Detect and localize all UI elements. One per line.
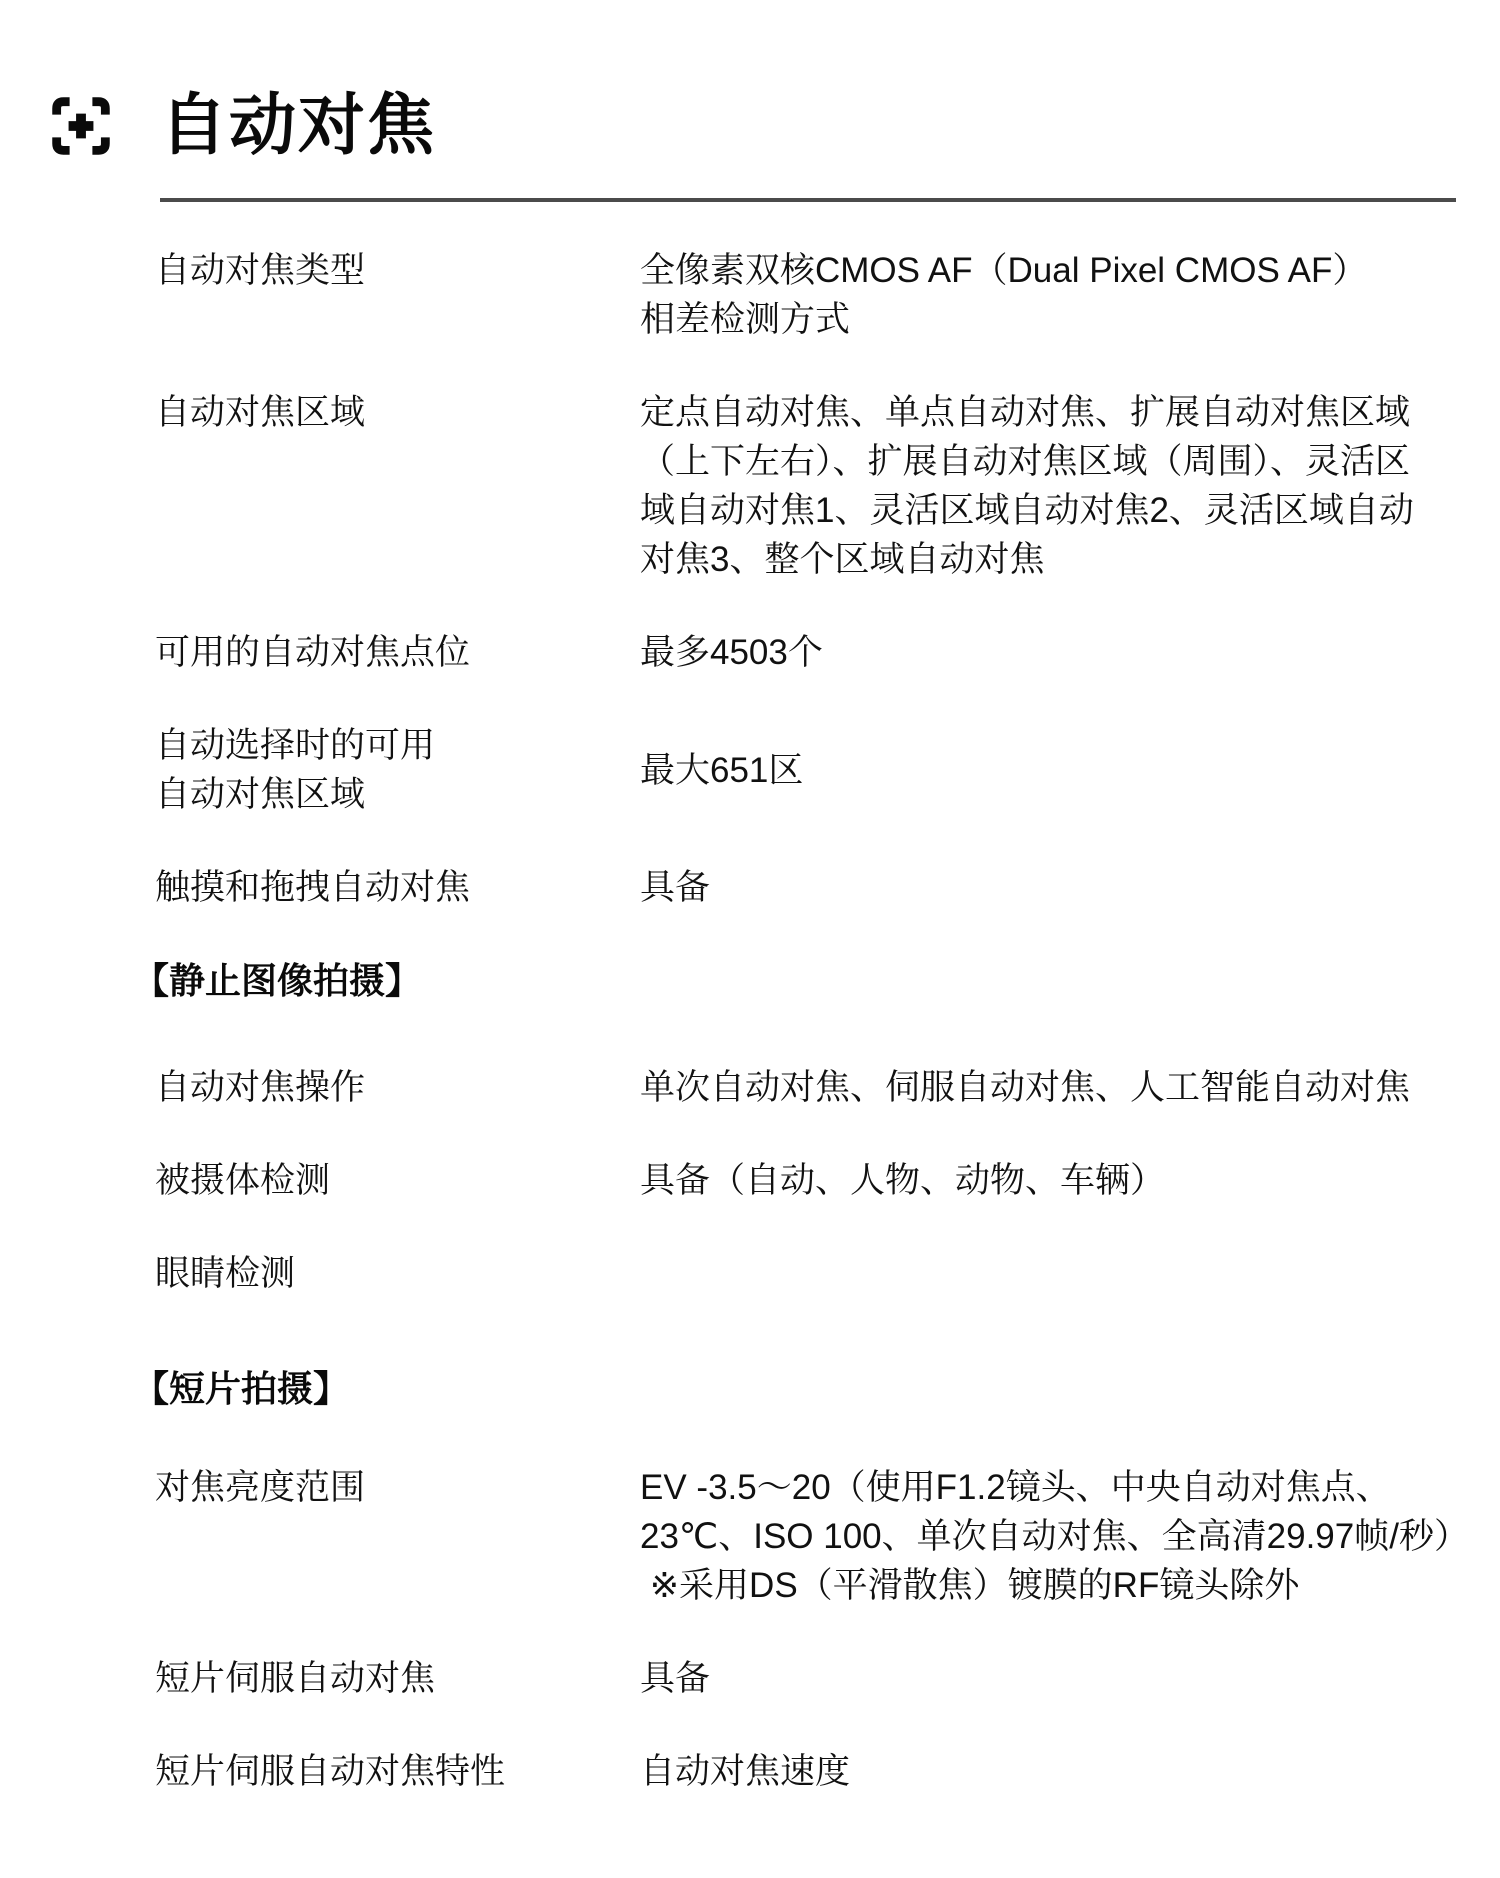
spec-label: 自动对焦类型	[133, 246, 640, 295]
spec-label: 被摄体检测	[133, 1156, 640, 1205]
section-header-still-image: 【静止图像拍摄】	[133, 956, 1500, 1005]
spec-table: 自动对焦类型 全像素双核CMOS AF（Dual Pixel CMOS AF） …	[0, 202, 1500, 1796]
spec-label: 可用的自动对焦点位	[133, 628, 640, 677]
spec-row-eye-detection: 眼睛检测	[133, 1249, 1500, 1298]
spec-value: 自动对焦速度	[640, 1747, 1500, 1796]
spec-value: 具备	[640, 863, 1500, 912]
spec-row-movie-servo-af: 短片伺服自动对焦 具备	[133, 1654, 1500, 1703]
spec-label: 自动选择时的可用 自动对焦区域	[133, 721, 640, 819]
spec-label: 眼睛检测	[133, 1249, 640, 1298]
section-header-movie: 【短片拍摄】	[133, 1364, 1500, 1413]
page-title: 自动对焦	[160, 86, 436, 166]
spec-label: 自动对焦区域	[133, 388, 640, 437]
spec-row-af-operation: 自动对焦操作 单次自动对焦、伺服自动对焦、人工智能自动对焦	[133, 1063, 1500, 1112]
spec-row-auto-select-zones: 自动选择时的可用 自动对焦区域 最大651区	[133, 721, 1500, 819]
spec-value: 具备（自动、人物、动物、车辆）	[640, 1156, 1500, 1205]
spec-row-movie-servo-af-characteristics: 短片伺服自动对焦特性 自动对焦速度	[133, 1747, 1500, 1796]
spec-value: 最大651区	[640, 746, 1500, 795]
spec-row-af-type: 自动对焦类型 全像素双核CMOS AF（Dual Pixel CMOS AF） …	[133, 246, 1500, 344]
spec-value: 具备	[640, 1654, 1500, 1703]
spec-row-touch-drag-af: 触摸和拖拽自动对焦 具备	[133, 863, 1500, 912]
spec-label: 触摸和拖拽自动对焦	[133, 863, 640, 912]
spec-label: 短片伺服自动对焦特性	[133, 1747, 640, 1796]
spec-value: 单次自动对焦、伺服自动对焦、人工智能自动对焦	[640, 1063, 1500, 1112]
spec-value: 全像素双核CMOS AF（Dual Pixel CMOS AF） 相差检测方式	[640, 246, 1500, 344]
spec-value: 最多4503个	[640, 628, 1500, 677]
spec-page: 自动对焦 自动对焦类型 全像素双核CMOS AF（Dual Pixel CMOS…	[0, 0, 1500, 1878]
spec-value: 定点自动对焦、单点自动对焦、扩展自动对焦区域 （上下左右）、扩展自动对焦区域（周…	[640, 388, 1500, 584]
spec-row-af-points: 可用的自动对焦点位 最多4503个	[133, 628, 1500, 677]
spec-row-focus-brightness-range: 对焦亮度范围 EV -3.5～20（使用F1.2镜头、中央自动对焦点、 23℃、…	[133, 1463, 1500, 1610]
spec-label: 对焦亮度范围	[133, 1463, 640, 1512]
page-header: 自动对焦	[0, 0, 1500, 166]
spec-label: 短片伺服自动对焦	[133, 1654, 640, 1703]
spec-value: EV -3.5～20（使用F1.2镜头、中央自动对焦点、 23℃、ISO 100…	[640, 1463, 1500, 1610]
af-frame-icon	[52, 97, 110, 155]
spec-label: 自动对焦操作	[133, 1063, 640, 1112]
spec-row-subject-detection: 被摄体检测 具备（自动、人物、动物、车辆）	[133, 1156, 1500, 1205]
spec-row-af-area: 自动对焦区域 定点自动对焦、单点自动对焦、扩展自动对焦区域 （上下左右）、扩展自…	[133, 388, 1500, 584]
